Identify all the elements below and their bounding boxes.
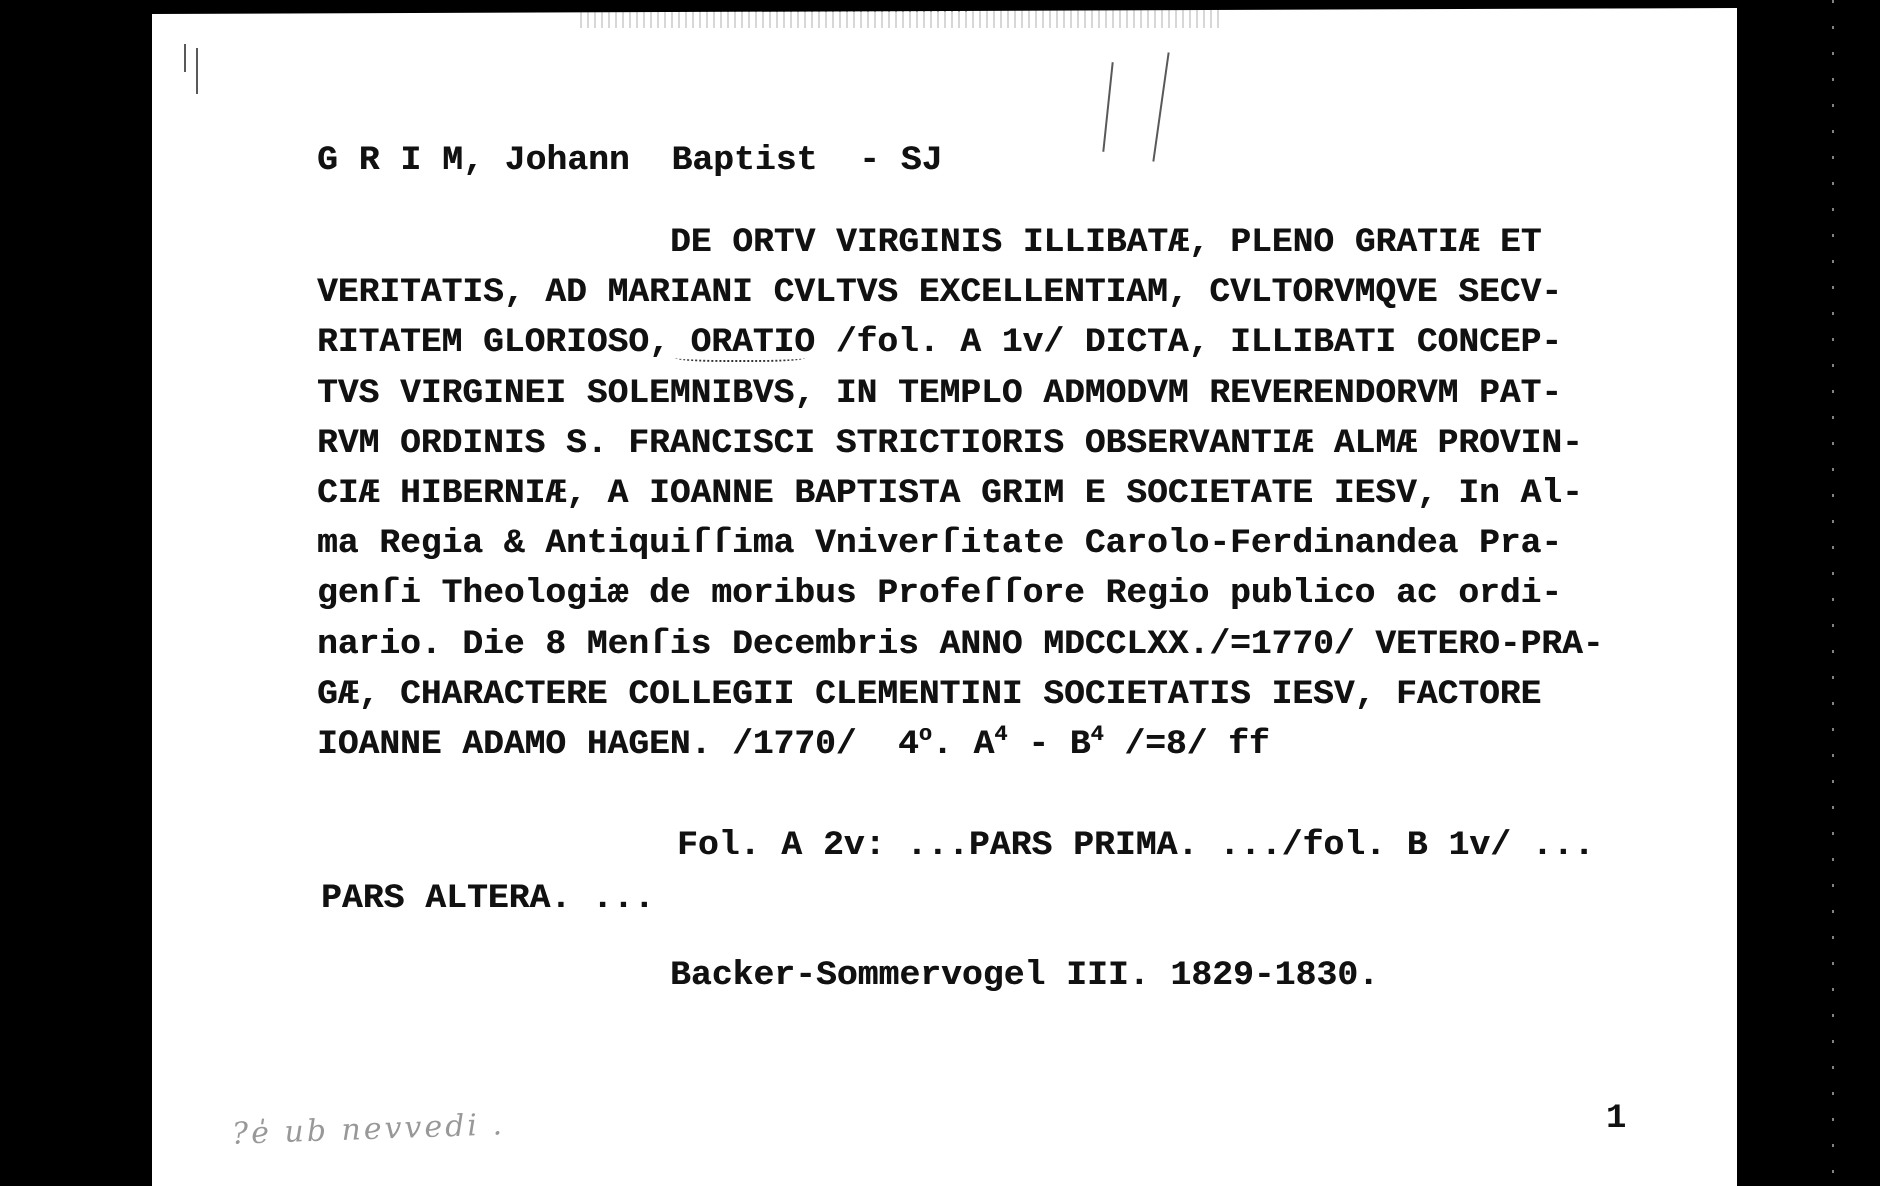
scan-edge-dotted-line (1832, 0, 1834, 1186)
collation-sep: - B (1007, 725, 1090, 764)
title-line: TVS VIRGINEI SOLEMNIBVS, IN TEMPLO ADMOD… (317, 377, 1562, 412)
contents-note-line-2: PARS ALTERA. ... (321, 882, 655, 917)
collation-sep: . A (932, 725, 994, 764)
title-line: DE ORTV VIRGINIS ILLIBATÆ, PLENO GRATIÆ … (317, 226, 1542, 261)
bibliographic-reference: Backer-Sommervogel III. 1829-1830. (670, 959, 1379, 994)
oratio-wavy-underline (675, 352, 805, 362)
author-heading: G R I M, Johann Baptist - SJ (317, 144, 943, 179)
page-number: 1 (1606, 1100, 1626, 1138)
title-line: CIÆ HIBERNIÆ, A IOANNE BAPTISTA GRIM E S… (317, 477, 1583, 512)
pen-mark-left-2 (196, 48, 198, 94)
signature-a-superscript: 4 (994, 722, 1007, 747)
collation-prefix: IOANNE ADAMO HAGEN. /1770/ 4 (317, 725, 919, 764)
collation-suffix: /=8/ ff (1104, 725, 1270, 764)
contents-note-line-1: Fol. A 2v: ...PARS PRIMA. .../fol. B 1v/… (677, 829, 1594, 864)
scan-smudge-dark (650, 4, 970, 12)
title-line: genſi Theologiæ de moribus Profeſſore Re… (317, 577, 1562, 612)
title-line: ma Regia & Antiquiſſima Vniverſitate Car… (317, 527, 1562, 562)
pen-mark-left-1 (184, 44, 186, 72)
title-line: RVM ORDINIS S. FRANCISCI STRICTIORIS OBS… (317, 427, 1583, 462)
format-superscript: o (919, 722, 932, 747)
title-line: GÆ, CHARACTERE COLLEGII CLEMENTINI SOCIE… (317, 678, 1541, 713)
title-line: VERITATIS, AD MARIANI CVLTVS EXCELLENTIA… (317, 276, 1562, 311)
signature-b-superscript: 4 (1090, 722, 1103, 747)
collation-line: IOANNE ADAMO HAGEN. /1770/ 4o. A4 - B4 /… (317, 728, 1270, 763)
title-line: RITATEM GLORIOSO, ORATIO /fol. A 1v/ DIC… (317, 326, 1562, 361)
title-line: nario. Die 8 Menſis Decembris ANNO MDCCL… (317, 628, 1604, 663)
